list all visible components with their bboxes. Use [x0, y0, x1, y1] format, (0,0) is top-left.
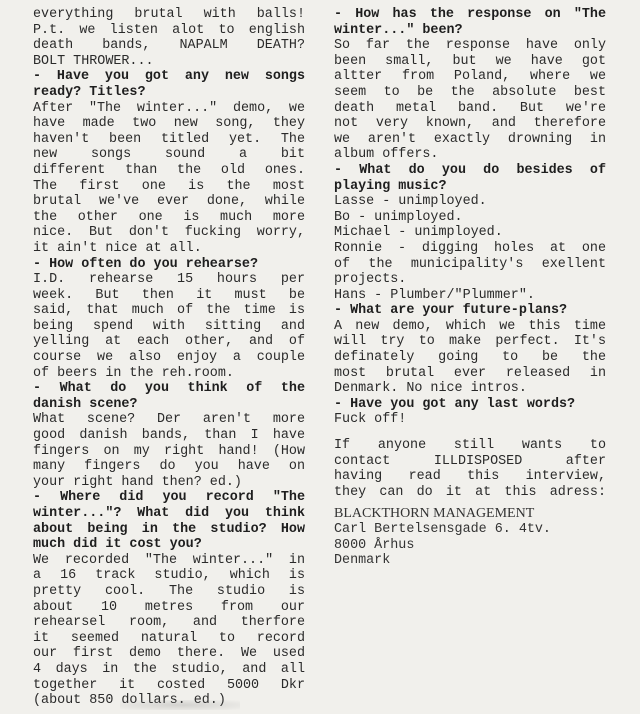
contact-line: If anyone still wants to	[334, 438, 606, 454]
text-line: death metal band. But we're	[334, 101, 606, 117]
text-line: many fingers do you have on	[33, 459, 305, 475]
text-line: course we also enjoy a couple	[33, 350, 305, 366]
text-line: good danish bands, than I have	[33, 428, 305, 444]
address-street: Carl Bertelsensgade 6. 4tv.	[334, 522, 606, 538]
mailing-address: BLACKTHORN MANAGEMENT Carl Bertelsensgad…	[334, 506, 606, 568]
text-line: nice. But don't fucking worry,	[33, 225, 305, 241]
question-line: - Have you got any new songs	[33, 69, 305, 85]
text-line: album offers.	[334, 147, 606, 163]
text-line: about 10 metres from our	[33, 600, 305, 616]
text-line: will try to make perfect. It's	[334, 334, 606, 350]
text-line: definately going to be the	[334, 350, 606, 366]
text-line: altter from Poland, where we	[334, 69, 606, 85]
text-line: death bands, NAPALM DEATH?	[33, 38, 305, 54]
address-company: BLACKTHORN MANAGEMENT	[334, 506, 606, 522]
question-line: winter..."? What did you think	[33, 506, 305, 522]
text-line: Ronnie - digging holes at one	[334, 241, 606, 257]
right-column: - How has the response on "The winter...…	[334, 7, 606, 569]
text-line: fingers on my right hand! (How	[33, 444, 305, 460]
contact-line: having read this interview,	[334, 469, 606, 485]
text-line: of the municipality's exellent	[334, 257, 606, 273]
text-line: rehearsel room, and therfore	[33, 615, 305, 631]
text-line: most brutal ever released in	[334, 366, 606, 382]
text-line: everything brutal with balls!	[33, 7, 305, 23]
text-line: So far the response have only	[334, 38, 606, 54]
text-line: Denmark. No nice intros.	[334, 381, 606, 397]
text-line: being spend with sitting and	[33, 319, 305, 335]
question-line: about being in the studio? How	[33, 522, 305, 538]
text-line: been small, but we have got	[334, 54, 606, 70]
text-line: 4 days in the studio, and all	[33, 662, 305, 678]
question-line: - Where did you record "The	[33, 490, 305, 506]
text-line: together it costed 5000 Dkr	[33, 678, 305, 694]
fanzine-page: everything brutal with balls! P.t. we li…	[0, 0, 640, 714]
question-line: ready? Titles?	[33, 85, 305, 101]
text-line: week. But then it must be	[33, 288, 305, 304]
text-line: brutal we've ever done, while	[33, 194, 305, 210]
text-line: our first demo there. We used	[33, 646, 305, 662]
text-line: have made two new song, they	[33, 116, 305, 132]
question-line: playing music?	[334, 179, 606, 195]
question-line: - How has the response on "The	[334, 7, 606, 23]
text-line: it ain't nice at all.	[33, 241, 305, 257]
interview-continued: - How has the response on "The winter...…	[334, 7, 606, 428]
text-line: new songs sound a bit	[33, 147, 305, 163]
text-line: not very known, and therefore	[334, 116, 606, 132]
text-line: I.D. rehearse 15 hours per	[33, 272, 305, 288]
text-line: Fuck off!	[334, 412, 606, 428]
text-line: We recorded "The winter..." in	[33, 553, 305, 569]
text-line: Hans - Plumber/"Plummer".	[334, 288, 606, 304]
left-column: everything brutal with balls! P.t. we li…	[33, 7, 305, 709]
text-line: Bo - unimployed.	[334, 210, 606, 226]
contact-line: contact ILLDISPOSED after	[334, 454, 606, 470]
text-line: haven't been titled yet. The	[33, 132, 305, 148]
text-line: seem to be the absolute best	[334, 85, 606, 101]
text-line: Michael - unimployed.	[334, 225, 606, 241]
text-line: After "The winter..." demo, we	[33, 101, 305, 117]
text-line: of beers in the reh.room.	[33, 366, 305, 382]
text-line: P.t. we listen alot to english	[33, 23, 305, 39]
text-line: BOLT THROWER...	[33, 54, 305, 70]
question-line: - Have you got any last words?	[334, 397, 606, 413]
contact-line: they can do it at this adress:	[334, 485, 606, 501]
text-line: projects.	[334, 272, 606, 288]
text-line: Lasse - unimployed.	[334, 194, 606, 210]
address-city: 8000 Århus	[334, 538, 606, 554]
text-line: it seemed natural to record	[33, 631, 305, 647]
address-country: Denmark	[334, 553, 606, 569]
question-line: much did it cost you?	[33, 537, 305, 553]
text-line: the other one is much more	[33, 210, 305, 226]
text-line: pretty cool. The studio is	[33, 584, 305, 600]
text-line: your right hand then? ed.)	[33, 475, 305, 491]
text-line: yelling at each other, and of	[33, 334, 305, 350]
scan-smudge	[120, 700, 240, 710]
question-line: - What do you do besides of	[334, 163, 606, 179]
text-line: A new demo, which we this time	[334, 319, 606, 335]
question-line: - What are your future-plans?	[334, 303, 606, 319]
contact-paragraph: If anyone still wants to contact ILLDISP…	[334, 438, 606, 500]
text-line: a 16 track studio, which is	[33, 568, 305, 584]
text-line: different than the old ones.	[33, 163, 305, 179]
text-line: said, that much of the time is	[33, 303, 305, 319]
text-line: What scene? Der aren't more	[33, 412, 305, 428]
question-line: winter..." been?	[334, 23, 606, 39]
question-line: - How often do you rehearse?	[33, 257, 305, 273]
text-line: we aren't exactly drowning in	[334, 132, 606, 148]
question-line: danish scene?	[33, 397, 305, 413]
question-line: - What do you think of the	[33, 381, 305, 397]
text-line: The first one is the most	[33, 179, 305, 195]
